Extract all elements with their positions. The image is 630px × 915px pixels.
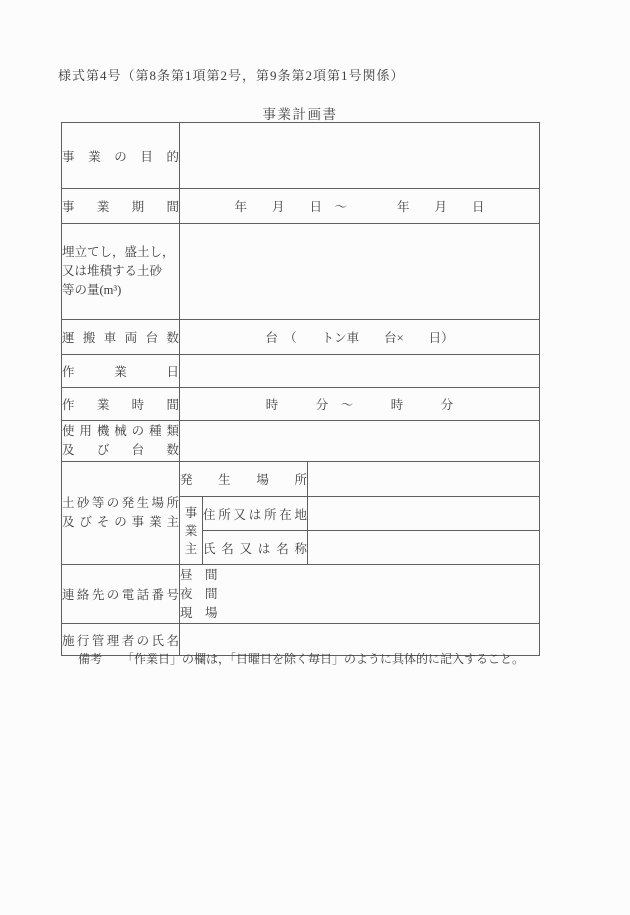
origin-place-label: 発生場所 — [180, 462, 308, 497]
soil-volume-label-line3: 等の量(m³) — [62, 281, 179, 300]
soil-origin-label: 土砂等の発生場所 及びその事業主 — [62, 462, 180, 565]
machinery-field — [180, 421, 540, 462]
work-hours-label: 作業時間 — [62, 388, 180, 421]
vehicles-label: 運搬車両台数 — [62, 320, 180, 355]
purpose-label: 事業の目的 — [62, 123, 180, 189]
soil-origin-label-line2: 及びその事業主 — [62, 513, 179, 532]
operator-vertical-label: 事業主 — [180, 497, 203, 565]
machinery-label-line1: 使用機械の種類 — [62, 422, 179, 441]
operator-name-field — [308, 531, 540, 565]
contact-site: 現 場 — [180, 604, 539, 623]
machinery-label-line2: 及び台数 — [62, 441, 179, 460]
document-title: 事業計画書 — [61, 103, 539, 123]
form-number-line: 様式第4号（第8条第1項第2号，第9条第2項第1号関係） — [58, 65, 405, 84]
machinery-label: 使用機械の種類 及び台数 — [62, 421, 180, 462]
form-page: 様式第4号（第8条第1項第2号，第9条第2項第1号関係） 事業計画書 事業の目的… — [0, 0, 630, 915]
soil-volume-label-line2: 又は堆積する土砂 — [62, 262, 179, 281]
period-field: 年 月 日 ～ 年 月 日 — [180, 189, 540, 224]
work-days-label: 作業日 — [62, 355, 180, 388]
soil-volume-label: 埋立てし，盛土し， 又は堆積する土砂 等の量(m³) — [62, 224, 180, 320]
vehicles-field: 台 （ トン車 台× 日） — [180, 320, 540, 355]
soil-volume-field — [180, 224, 540, 320]
row-work-hours: 作業時間 時 分 ～ 時 分 — [62, 388, 540, 421]
origin-place-field — [308, 462, 540, 497]
remark-text: 「作業日」の欄は，「日曜日を除く毎日」のように具体的に記入すること。 — [122, 652, 524, 666]
work-days-field — [180, 355, 540, 388]
period-label: 事業期間 — [62, 189, 180, 224]
row-period: 事業期間 年 月 日 ～ 年 月 日 — [62, 189, 540, 224]
soil-volume-label-line1: 埋立てし，盛土し， — [62, 243, 179, 262]
row-work-days: 作業日 — [62, 355, 540, 388]
row-purpose: 事業の目的 — [62, 123, 540, 189]
operator-address-label: 住所又は所在地 — [203, 497, 308, 531]
row-soil-volume: 埋立てし，盛土し， 又は堆積する土砂 等の量(m³) — [62, 224, 540, 320]
remark-prefix: 備考 — [78, 652, 102, 666]
contact-label: 連絡先の電話番号 — [62, 565, 180, 624]
contact-daytime: 昼 間 — [180, 566, 539, 585]
contact-night: 夜 間 — [180, 585, 539, 604]
row-machinery: 使用機械の種類 及び台数 — [62, 421, 540, 462]
row-vehicles: 運搬車両台数 台 （ トン車 台× 日） — [62, 320, 540, 355]
purpose-field — [180, 123, 540, 189]
contact-field: 昼 間 夜 間 現 場 — [180, 565, 540, 624]
soil-origin-label-line1: 土砂等の発生場所 — [62, 494, 179, 513]
remark-note: 備考「作業日」の欄は，「日曜日を除く毎日」のように具体的に記入すること。 — [78, 650, 578, 667]
operator-vertical-text: 事業主 — [185, 504, 198, 558]
business-plan-table: 事業の目的 事業期間 年 月 日 ～ 年 月 日 埋立てし，盛土し， 又は堆積す… — [61, 122, 540, 656]
operator-name-label: 氏名又は名称 — [203, 531, 308, 565]
row-contact: 連絡先の電話番号 昼 間 夜 間 現 場 — [62, 565, 540, 624]
row-soil-origin-place: 土砂等の発生場所 及びその事業主 発生場所 — [62, 462, 540, 497]
work-hours-field: 時 分 ～ 時 分 — [180, 388, 540, 421]
operator-address-field — [308, 497, 540, 531]
